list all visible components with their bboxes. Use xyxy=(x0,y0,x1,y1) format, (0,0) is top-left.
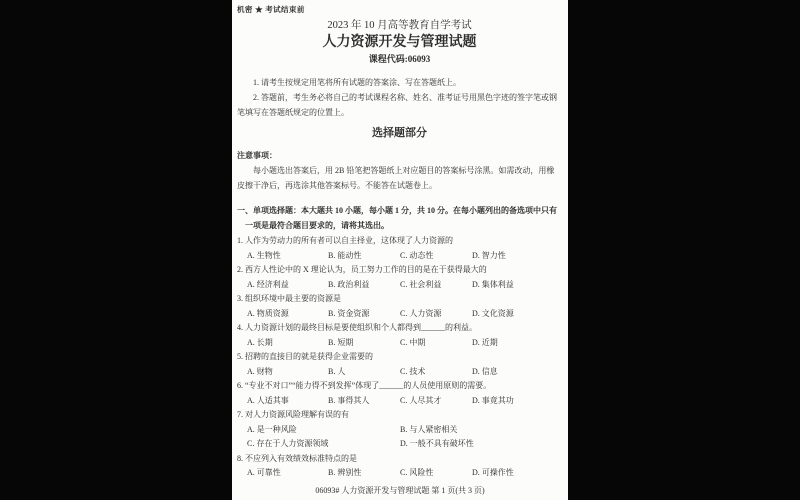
question-1: 1. 人作为劳动力的所有者可以自主择业，这体现了人力资源的 A. 生物性 B. … xyxy=(237,234,562,263)
question-options: A. 财物 B. 人 C. 技术 D. 信息 xyxy=(237,365,562,380)
option-c: C. 人尽其才 xyxy=(400,394,472,409)
course-code: 课程代码:06093 xyxy=(237,54,562,65)
option-d: D. 集体利益 xyxy=(472,278,562,293)
option-c: C. 社会利益 xyxy=(400,278,472,293)
option-c: C. 动态性 xyxy=(400,249,472,264)
option-b: B. 政治利益 xyxy=(328,278,400,293)
question-3: 3. 组织环境中最主要的资源是 A. 物质资源 B. 资金资源 C. 人力资源 … xyxy=(237,292,562,321)
question-2: 2. 西方人性论中的 X 理论认为，员工努力工作的目的是在于获得最大的 A. 经… xyxy=(237,263,562,292)
option-b: B. 能动性 xyxy=(328,249,400,264)
option-c: C. 人力资源 xyxy=(400,307,472,322)
instruction-item: 2. 答题前，考生务必将自己的考试课程名称、姓名、准考证号用黑色字迹的签字笔或钢… xyxy=(237,90,562,120)
question-options: A. 经济利益 B. 政治利益 C. 社会利益 D. 集体利益 xyxy=(237,278,562,293)
question-6: 6. “专业不对口”“能力得不到发挥”体现了______的人员使用原则的需要。 … xyxy=(237,379,562,408)
question-options: A. 生物性 B. 能动性 C. 动态性 D. 智力性 xyxy=(237,249,562,264)
option-d: D. 可操作性 xyxy=(472,466,562,481)
part-one-heading: 一、单项选择题：本大题共 10 小题，每小题 1 分，共 10 分。在每小题列出… xyxy=(237,203,562,233)
option-b: B. 事得其人 xyxy=(328,394,400,409)
question-stem: 8. 不应列入有效绩效标准特点的是 xyxy=(237,452,562,467)
question-8: 8. 不应列入有效绩效标准特点的是 A. 可靠性 B. 辨别性 C. 风险性 D… xyxy=(237,452,562,481)
question-options: C. 存在于人力资源领域 D. 一般不具有破坏性 xyxy=(237,437,562,452)
notice-body: 每小题选出答案后，用 2B 铅笔把答题纸上对应题目的答案标号涂黑。如需改动，用橡… xyxy=(237,163,562,193)
option-a: A. 经济利益 xyxy=(247,278,328,293)
option-c: C. 中期 xyxy=(400,336,472,351)
option-a: A. 物质资源 xyxy=(247,307,328,322)
question-options: A. 是一种风险 B. 与人紧密相关 xyxy=(237,423,562,438)
option-c: C. 技术 xyxy=(400,365,472,380)
option-b: B. 短期 xyxy=(328,336,400,351)
option-d: D. 一般不具有破坏性 xyxy=(400,437,562,452)
question-4: 4. 人力资源计划的最终目标是要使组织和个人都得到______的利益。 A. 长… xyxy=(237,321,562,350)
option-a: A. 是一种风险 xyxy=(247,423,400,438)
option-d: D. 近期 xyxy=(472,336,562,351)
option-a: A. 可靠性 xyxy=(247,466,328,481)
question-5: 5. 招聘的直接目的就是获得企业需要的 A. 财物 B. 人 C. 技术 D. … xyxy=(237,350,562,379)
option-d: D. 事竟其功 xyxy=(472,394,562,409)
option-d: D. 智力性 xyxy=(472,249,562,264)
question-stem: 2. 西方人性论中的 X 理论认为，员工努力工作的目的是在于获得最大的 xyxy=(237,263,562,278)
option-b: B. 资金资源 xyxy=(328,307,400,322)
page-footer: 06093# 人力资源开发与管理试题 第 1 页(共 3 页) xyxy=(232,486,568,496)
option-b: B. 辨别性 xyxy=(328,466,400,481)
notice-block: 注意事项： 每小题选出答案后，用 2B 铅笔把答题纸上对应题目的答案标号涂黑。如… xyxy=(237,148,562,193)
question-list: 1. 人作为劳动力的所有者可以自主择业，这体现了人力资源的 A. 生物性 B. … xyxy=(237,234,562,481)
question-stem: 6. “专业不对口”“能力得不到发挥”体现了______的人员使用原则的需要。 xyxy=(237,379,562,394)
exam-session: 2023 年 10 月高等教育自学考试 xyxy=(237,19,562,32)
option-b: B. 人 xyxy=(328,365,400,380)
option-a: A. 长期 xyxy=(247,336,328,351)
question-options: A. 人适其事 B. 事得其人 C. 人尽其才 D. 事竟其功 xyxy=(237,394,562,409)
option-a: A. 人适其事 xyxy=(247,394,328,409)
question-stem: 4. 人力资源计划的最终目标是要使组织和个人都得到______的利益。 xyxy=(237,321,562,336)
question-stem: 5. 招聘的直接目的就是获得企业需要的 xyxy=(237,350,562,365)
question-options: A. 物质资源 B. 资金资源 C. 人力资源 D. 文化资源 xyxy=(237,307,562,322)
section-title: 选择题部分 xyxy=(237,126,562,140)
question-options: A. 可靠性 B. 辨别性 C. 风险性 D. 可操作性 xyxy=(237,466,562,481)
question-stem: 1. 人作为劳动力的所有者可以自主择业，这体现了人力资源的 xyxy=(237,234,562,249)
question-stem: 3. 组织环境中最主要的资源是 xyxy=(237,292,562,307)
option-a: A. 生物性 xyxy=(247,249,328,264)
question-7: 7. 对人力资源风险理解有误的有 A. 是一种风险 B. 与人紧密相关 C. 存… xyxy=(237,408,562,452)
instructions: 1. 请考生按规定用笔将所有试题的答案涂、写在答题纸上。 2. 答题前，考生务必… xyxy=(237,75,562,120)
question-stem: 7. 对人力资源风险理解有误的有 xyxy=(237,408,562,423)
security-notice: 机密 ★ 考试结束前 xyxy=(237,5,562,15)
option-c: C. 风险性 xyxy=(400,466,472,481)
page-title: 人力资源开发与管理试题 xyxy=(237,34,562,51)
instruction-item: 1. 请考生按规定用笔将所有试题的答案涂、写在答题纸上。 xyxy=(237,75,562,90)
notice-heading: 注意事项： xyxy=(237,148,562,163)
option-a: A. 财物 xyxy=(247,365,328,380)
option-b: B. 与人紧密相关 xyxy=(400,423,562,438)
option-c: C. 存在于人力资源领域 xyxy=(247,437,400,452)
option-d: D. 文化资源 xyxy=(472,307,562,322)
option-d: D. 信息 xyxy=(472,365,562,380)
question-options: A. 长期 B. 短期 C. 中期 D. 近期 xyxy=(237,336,562,351)
exam-paper-page: 机密 ★ 考试结束前 2023 年 10 月高等教育自学考试 人力资源开发与管理… xyxy=(232,0,568,500)
